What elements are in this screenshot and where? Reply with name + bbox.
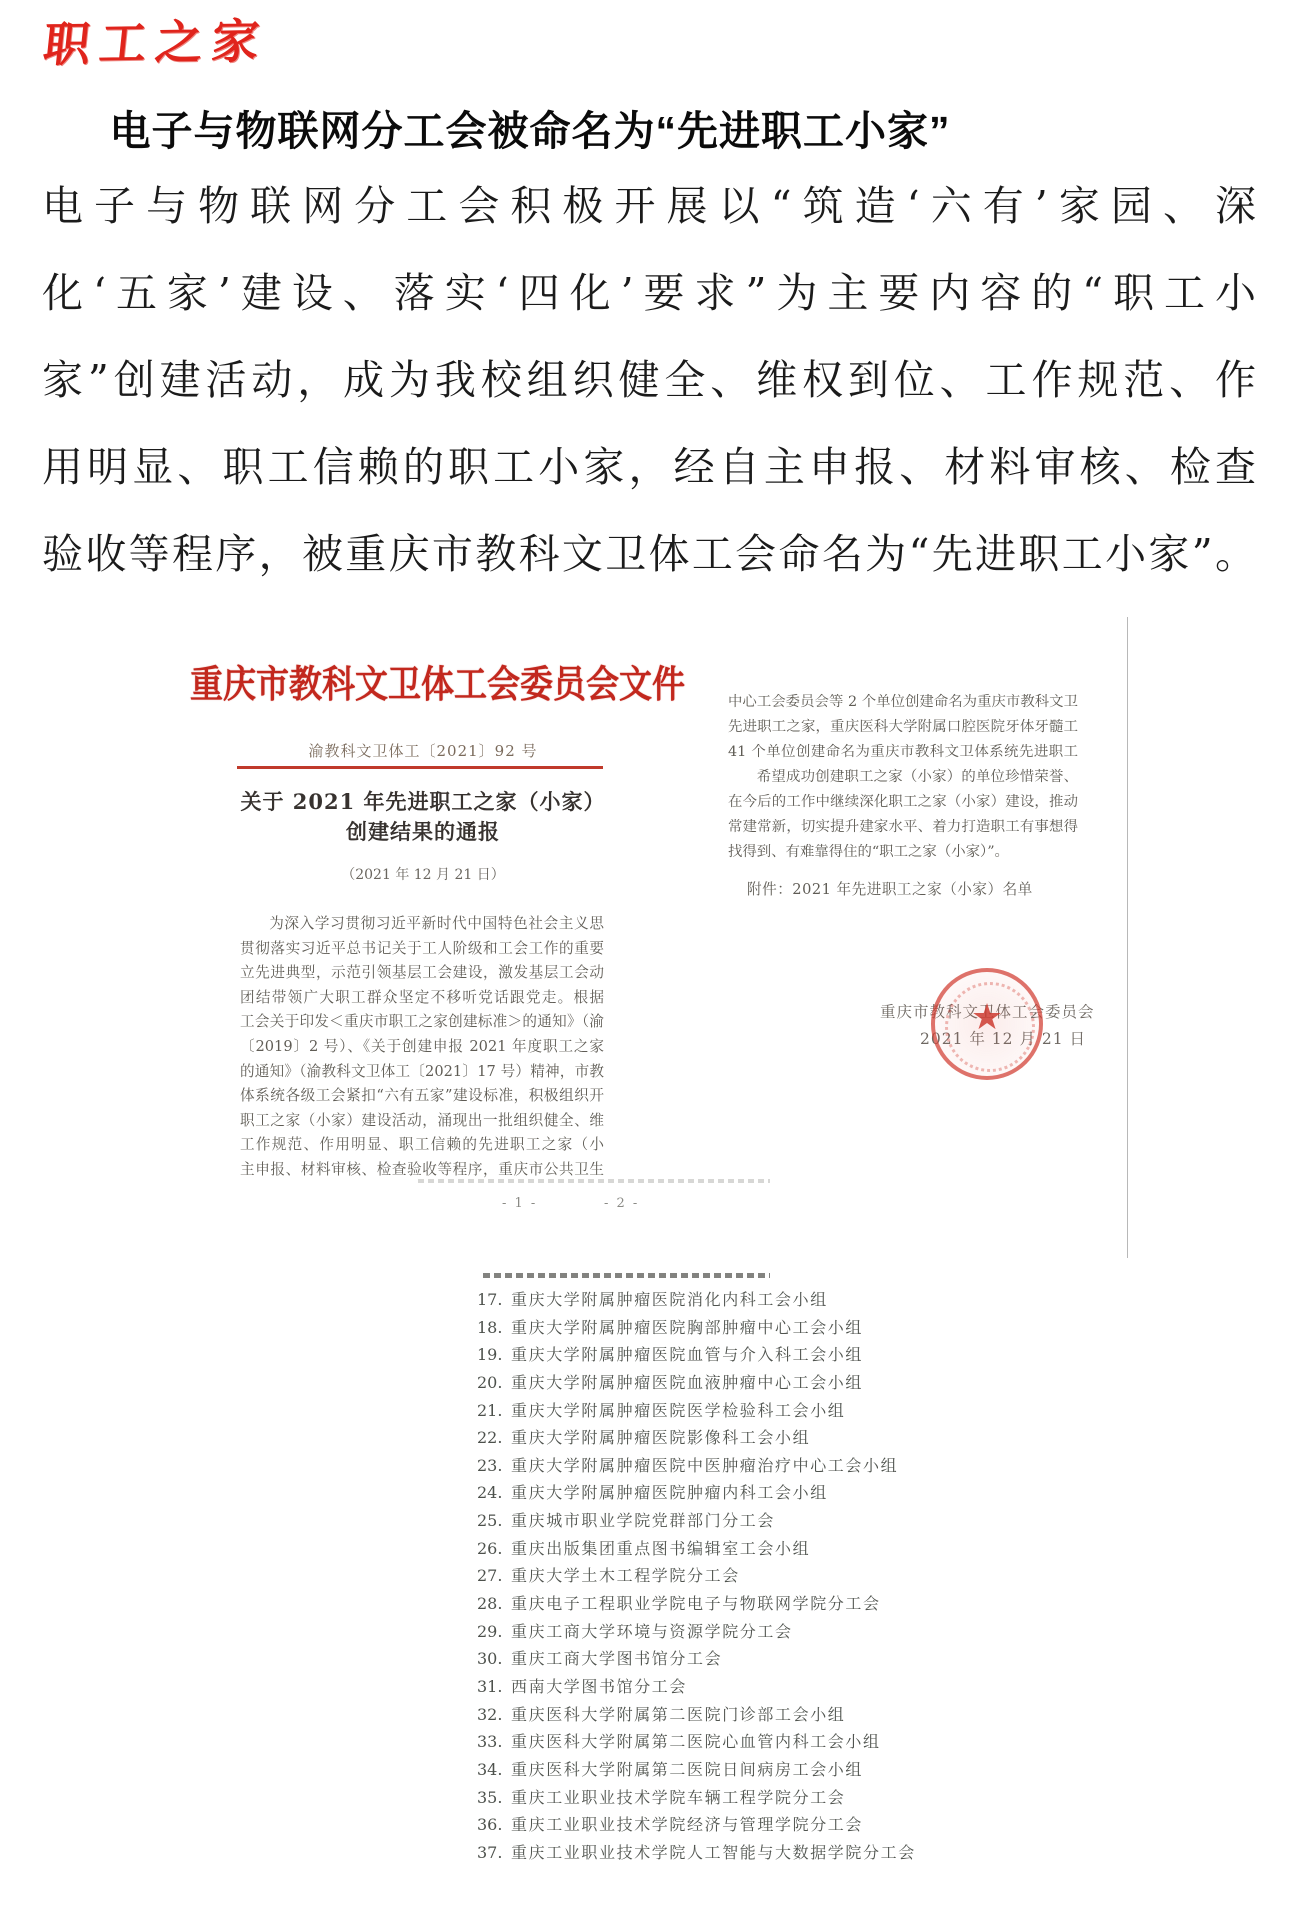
roster-item: 28.重庆电子工程职业学院电子与物联网学院分工会 [477,1590,1037,1618]
roster-item-name: 重庆大学附属肿瘤医院血管与介入科工会小组 [511,1345,863,1364]
intro-line: 家”创建活动，成为我校组织健全、维权到位、工作规范、作 [42,337,1256,424]
document-body-line: 工作规范、作用明显、职工信赖的先进职工之家（小家），经自 [240,1133,604,1158]
roster-item-number: 18. [477,1314,511,1342]
roster-item: 31.西南大学图书馆分工会 [477,1673,1037,1701]
article-headline: 电子与物联网分工会被命名为“先进职工小家” [0,98,1060,157]
document-body-line: 先进职工之家，重庆医科大学附属口腔医院牙体牙髓工会小组等 [728,715,1078,740]
roster-item-name: 重庆大学附属肿瘤医院消化内科工会小组 [511,1290,828,1309]
official-red-seal: ★ [931,968,1043,1080]
roster-item-number: 27. [477,1562,511,1590]
article-page: 职工之家 电子与物联网分工会被命名为“先进职工小家” 电子与物联网分工会积极开展… [0,0,1294,1913]
roster-item-name: 重庆医科大学附属第二医院日间病房工会小组 [511,1760,863,1779]
document-body-line: 贯彻落实习近平总书记关于工人阶级和工会工作的重要论述，树 [240,937,604,962]
roster-item: 19.重庆大学附属肿瘤医院血管与介入科工会小组 [477,1341,1037,1369]
roster-item: 17.重庆大学附属肿瘤医院消化内科工会小组 [477,1286,1037,1314]
roster-item-number: 25. [477,1507,511,1535]
page-number-2: - 2 - [604,1196,639,1211]
document-body-line: 团结带领广大职工群众坚定不移听党话跟党走。根据《重庆市总 [240,986,604,1011]
document-body-line: 41 个单位创建命名为重庆市教科文卫体系统先进职工小家。 [728,740,1078,765]
roster-item-name: 重庆出版集团重点图书编辑室工会小组 [511,1539,810,1558]
roster-item: 18.重庆大学附属肿瘤医院胸部肿瘤中心工会小组 [477,1314,1037,1342]
intro-line: 电子与物联网分工会积极开展以“筑造‘六有’家园、深 [42,163,1256,250]
roster-item-number: 26. [477,1535,511,1563]
roster-item-name: 重庆工业职业技术学院经济与管理学院分工会 [511,1815,863,1834]
roster-item-name: 重庆工商大学图书馆分工会 [511,1649,722,1668]
roster-item-name: 重庆大学土木工程学院分工会 [511,1566,740,1585]
roster-item: 25.重庆城市职业学院党群部门分工会 [477,1507,1037,1535]
roster-item-number: 20. [477,1369,511,1397]
red-rule-divider [237,766,603,769]
document-number: 渝教科文卫体工〔2021〕92 号 [190,740,656,761]
roster-item: 27.重庆大学土木工程学院分工会 [477,1562,1037,1590]
scanned-document-page-2: 中心工会委员会等 2 个单位创建命名为重庆市教科文卫体系统 先进职工之家，重庆医… [728,690,1078,865]
roster-item-name: 重庆大学附属肿瘤医院医学检验科工会小组 [511,1401,845,1420]
roster-item: 32.重庆医科大学附属第二医院门诊部工会小组 [477,1701,1037,1729]
roster-items: 17.重庆大学附属肿瘤医院消化内科工会小组 18.重庆大学附属肿瘤医院胸部肿瘤中… [477,1286,1037,1866]
document-body-line: 常建常新，切实提升建家水平、着力打造职工有事想得起、办事 [728,815,1078,840]
scanned-document-page-1: 重庆市教科文卫体工会委员会文件 渝教科文卫体工〔2021〕92 号 关于 202… [190,640,656,1215]
roster-item-number: 24. [477,1479,511,1507]
roster-item-number: 23. [477,1452,511,1480]
roster-item-name: 重庆城市职业学院党群部门分工会 [511,1511,775,1530]
roster-item-name: 重庆大学附属肿瘤医院胸部肿瘤中心工会小组 [511,1318,863,1337]
roster-item-name: 西南大学图书馆分工会 [511,1677,687,1696]
document-body-line: 找得到、有难靠得住的“职工之家（小家）”。 [728,840,1078,865]
roster-item-number: 32. [477,1701,511,1729]
roster-item: 33.重庆医科大学附属第二医院心血管内科工会小组 [477,1728,1037,1756]
document-body-line: 希望成功创建职工之家（小家）的单位珍惜荣誉、再接再厉， [728,765,1078,790]
roster-item-name: 重庆工业职业技术学院车辆工程学院分工会 [511,1788,845,1807]
roster-item: 22.重庆大学附属肿瘤医院影像科工会小组 [477,1424,1037,1452]
roster-item-number: 22. [477,1424,511,1452]
roster-item: 24.重庆大学附属肿瘤医院肿瘤内科工会小组 [477,1479,1037,1507]
document-body-page-1: 为深入学习贯彻习近平新时代中国特色社会主义思想，全面 贯彻落实习近平总书记关于工… [240,912,604,1183]
document-body-line: 职工之家（小家）建设活动，涌现出一批组织健全、维权到位、 [240,1109,604,1134]
seal-star-icon: ★ [935,1000,1039,1036]
document-body-line: 〔2019〕2 号）、《关于创建申报 2021 年度职工之家（小家） [240,1035,604,1060]
roster-item-number: 35. [477,1784,511,1812]
roster-item: 26.重庆出版集团重点图书编辑室工会小组 [477,1535,1037,1563]
roster-item-number: 28. [477,1590,511,1618]
roster-item-name: 重庆工业职业技术学院人工智能与大数据学院分工会 [511,1843,916,1862]
roster-item-number: 30. [477,1645,511,1673]
document-body-line: 体系统各级工会紧扣“六有五家”建设标准，积极组织开展先进 [240,1084,604,1109]
document-title-line-1: 关于 2021 年先进职工之家（小家） [190,786,656,816]
document-body-line: 在今后的工作中继续深化职工之家（小家）建设，推动建家工作 [728,790,1078,815]
roster-item-name: 重庆大学附属肿瘤医院影像科工会小组 [511,1428,810,1447]
roster-item-number: 19. [477,1341,511,1369]
roster-item-number: 34. [477,1756,511,1784]
intro-line: 化‘五家’建设、落实‘四化’要求”为主要内容的“职工小 [42,250,1256,337]
roster-item-name: 重庆大学附属肿瘤医院肿瘤内科工会小组 [511,1483,828,1502]
roster-item-name: 重庆医科大学附属第二医院门诊部工会小组 [511,1705,845,1724]
document-title-line-2: 创建结果的通报 [190,816,656,846]
page-number-1: - 1 - [502,1196,537,1211]
roster-item-number: 17. [477,1286,511,1314]
roster-item-number: 21. [477,1397,511,1425]
roster-item-number: 29. [477,1618,511,1646]
roster-item-name: 重庆医科大学附属第二医院心血管内科工会小组 [511,1732,881,1751]
roster-item-name: 重庆电子工程职业学院电子与物联网学院分工会 [511,1594,881,1613]
roster-item: 21.重庆大学附属肿瘤医院医学检验科工会小组 [477,1397,1037,1425]
masthead-calligraphy: 职工之家 [40,4,272,75]
document-date: （2021 年 12 月 21 日） [190,864,656,884]
document-body-line: 中心工会委员会等 2 个单位创建命名为重庆市教科文卫体系统 [728,690,1078,715]
intro-paragraph: 电子与物联网分工会积极开展以“筑造‘六有’家园、深 化‘五家’建设、落实‘四化’… [42,163,1256,598]
clipped-row-artifact [483,1273,770,1278]
roster-item-name: 重庆大学附属肿瘤医院血液肿瘤中心工会小组 [511,1373,863,1392]
roster-item-name: 重庆大学附属肿瘤医院中医肿瘤治疗中心工会小组 [511,1456,898,1475]
roster-item: 20.重庆大学附属肿瘤医院血液肿瘤中心工会小组 [477,1369,1037,1397]
roster-item-number: 31. [477,1673,511,1701]
document-body-line: 立先进典型，示范引领基层工会建设，激发基层工会动力活力， [240,961,604,986]
scan-edge-line [1127,617,1128,1258]
intro-line: 验收等程序，被重庆市教科文卫体工会命名为“先进职工小家”。 [42,511,1256,598]
scan-artifact [418,1179,770,1183]
roster-item: 34.重庆医科大学附属第二医院日间病房工会小组 [477,1756,1037,1784]
roster-item-number: 36. [477,1811,511,1839]
roster-item: 30.重庆工商大学图书馆分工会 [477,1645,1037,1673]
roster-item: 23.重庆大学附属肿瘤医院中医肿瘤治疗中心工会小组 [477,1452,1037,1480]
red-letterhead: 重庆市教科文卫体工会委员会文件 [190,655,656,709]
intro-line: 用明显、职工信赖的职工小家，经自主申报、材料审核、检查 [42,424,1256,511]
document-body-line: 工会关于印发＜重庆市职工之家创建标准＞的通知》（渝工发 [240,1010,604,1035]
roster-item-number: 37. [477,1839,511,1867]
document-body-line: 的通知》（渝教科文卫体工〔2021〕17 号）精神，市教科文卫 [240,1060,604,1085]
roster-item: 35.重庆工业职业技术学院车辆工程学院分工会 [477,1784,1037,1812]
roster-item: 36.重庆工业职业技术学院经济与管理学院分工会 [477,1811,1037,1839]
roster-item: 29.重庆工商大学环境与资源学院分工会 [477,1618,1037,1646]
roster-item: 37.重庆工业职业技术学院人工智能与大数据学院分工会 [477,1839,1037,1867]
roster-item-name: 重庆工商大学环境与资源学院分工会 [511,1622,793,1641]
document-body-line: 为深入学习贯彻习近平新时代中国特色社会主义思想，全面 [240,912,604,937]
roster-item-number: 33. [477,1728,511,1756]
attachment-note: 附件：2021 年先进职工之家（小家）名单 [747,878,1033,899]
